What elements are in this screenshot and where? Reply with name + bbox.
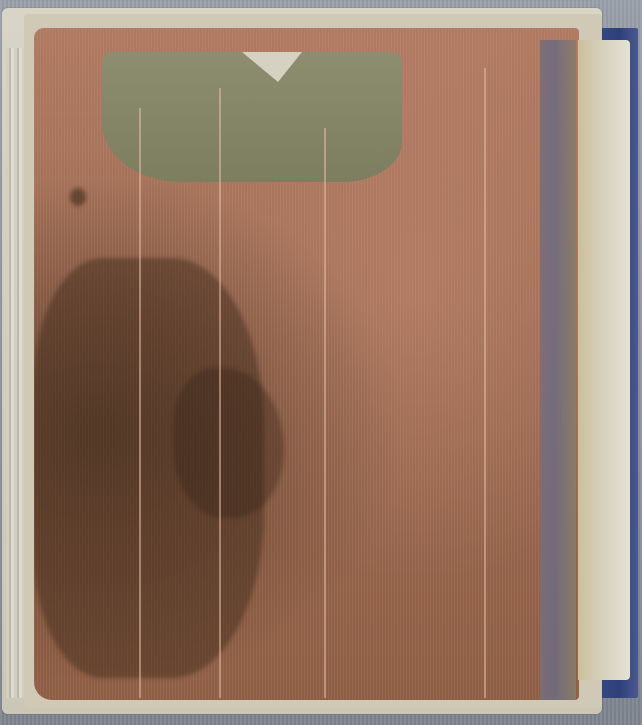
crease-line (484, 68, 486, 698)
crease-line (219, 88, 221, 698)
water-stain (174, 368, 284, 518)
spine-paper-tape (578, 40, 630, 680)
book-cover-photo: Photograph of the worn front cover of an… (0, 0, 642, 725)
ink-blot (70, 188, 86, 206)
spine-strip (540, 40, 576, 700)
crease-line (139, 108, 141, 698)
cloth-cover (34, 28, 579, 700)
crease-line (324, 128, 326, 698)
exposed-green-board (102, 52, 402, 182)
